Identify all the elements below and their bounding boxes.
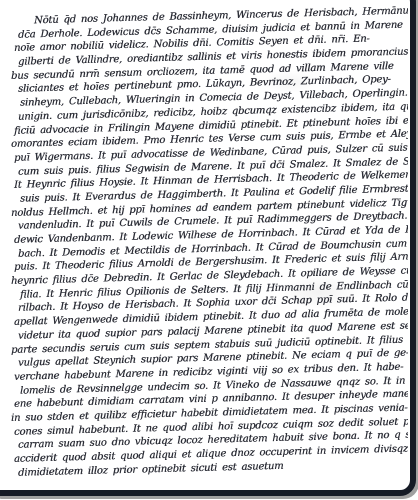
manuscript-text: Nōtū q̄d nos Johannes de Bassinheym, Win…: [8, 5, 408, 493]
